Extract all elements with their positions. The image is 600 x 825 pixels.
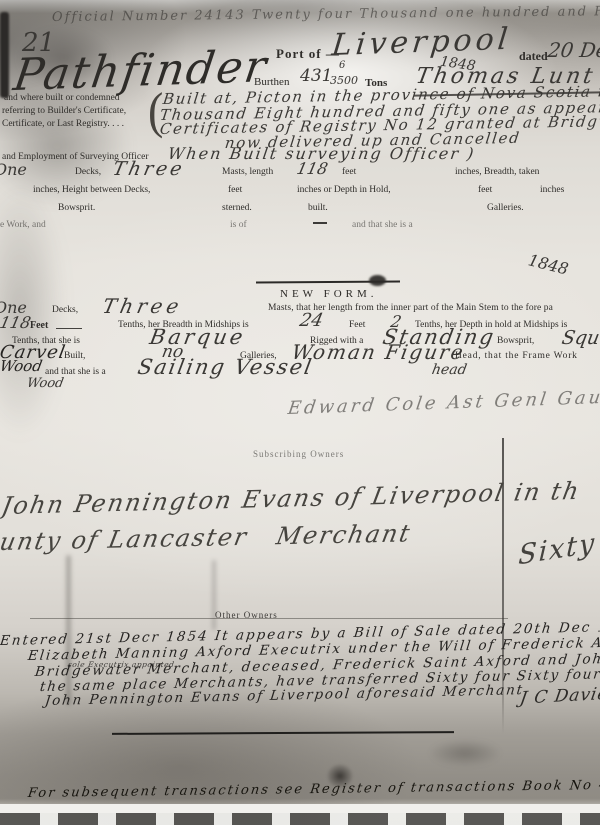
bowsprit-label: Bowsprit, xyxy=(497,336,534,346)
subscribing-owners-heading: Subscribing Owners xyxy=(253,449,344,459)
tenths-dash xyxy=(56,328,82,329)
old-breadth-label: inches, Breadth, taken xyxy=(455,167,539,177)
surveyor-signature: Edward Cole Ast Genl Gauger xyxy=(287,386,600,420)
burthen-fraction-denominator: 3500 xyxy=(330,74,358,87)
closing-line xyxy=(112,731,454,735)
feet-label-2: Feet xyxy=(349,320,365,330)
bottom-white-strip xyxy=(0,804,600,813)
frame-value: Wood xyxy=(0,357,44,375)
other-owners-heading: Other Owners xyxy=(215,610,278,620)
margin-label-last-registry: Certificate, or Last Registry. . . . xyxy=(2,119,124,129)
old-height-label: inches, Height between Decks, xyxy=(33,185,150,195)
old-feet-label-2: feet xyxy=(228,185,242,195)
small-dash xyxy=(313,222,327,224)
scanned-registry-document: Official Number 24143 Twenty four Thousa… xyxy=(0,0,600,825)
old-work-label: e Work, and xyxy=(0,220,46,230)
new-decks-label: Decks, xyxy=(52,305,78,315)
old-galleries-label: Galleries. xyxy=(487,203,524,213)
old-decks-label: Decks, xyxy=(75,167,101,177)
built-label: Built, xyxy=(64,351,85,361)
material-note: Wood xyxy=(26,376,65,391)
new-decks-value: Three xyxy=(100,294,185,318)
old-feet-label-1: feet xyxy=(342,167,356,177)
old-isof-label: is of xyxy=(230,220,247,230)
head-label: Head, that the Frame Work xyxy=(455,351,578,361)
vessel-value: Sailing Vessel xyxy=(136,355,315,379)
bowsprit-note: Squ xyxy=(560,327,600,349)
film-edge-dashes xyxy=(0,813,600,825)
old-masts-value: 118 xyxy=(295,159,330,178)
old-feet-label-3: feet xyxy=(478,185,492,195)
old-form-margin-one: One xyxy=(0,160,27,179)
old-inches-label: inches xyxy=(540,185,564,195)
feet-label: Feet xyxy=(30,320,48,331)
ink-blot xyxy=(369,275,386,286)
breadth-feet-value: 24 xyxy=(298,310,325,331)
old-sterned-label: sterned. xyxy=(222,203,252,213)
dated-value: 20 Dec xyxy=(546,38,600,62)
old-depth-label: inches or Depth in Hold, xyxy=(297,185,391,195)
old-masts-label: Masts, length xyxy=(222,167,273,177)
old-bowsprit-label: Bowsprit. xyxy=(58,203,95,213)
burthen-label: Burthen xyxy=(254,76,289,88)
scan-edge-streak xyxy=(0,12,9,98)
old-sheis-label: and that she is a xyxy=(352,220,413,230)
bottom-smudge xyxy=(430,740,500,766)
old-built-label: built. xyxy=(308,203,328,213)
shares-value: Sixty xyxy=(518,528,597,572)
margin-label-builder-cert: referring to Builder's Certificate, xyxy=(2,106,126,116)
burthen-value: 431 xyxy=(300,66,332,86)
dated-label: dated xyxy=(519,49,548,64)
official-number-line: Official Number 24143 Twenty four Thousa… xyxy=(52,4,600,25)
margin-label-built: and where built or condemned xyxy=(4,93,120,103)
newform-top-line xyxy=(256,280,400,283)
owner-line-1: John Pennington Evans of Liverpool in th xyxy=(0,477,583,520)
footer-note: For subsequent transactions see Register… xyxy=(27,778,600,801)
new-form-title: NEW FORM. xyxy=(280,288,378,300)
owner-line-2: unty of Lancaster Merchant xyxy=(0,519,414,556)
port-value: Liverpool xyxy=(330,22,513,63)
head-continued: head xyxy=(431,362,468,378)
length-feet-value: 118 xyxy=(0,313,33,332)
burthen-fraction-numerator: 6 xyxy=(339,60,345,71)
head-value: Woman Figure xyxy=(290,340,467,364)
clerk-signature: J C Davies xyxy=(518,683,600,708)
old-decks-value: Three xyxy=(111,158,187,180)
new-form-year-mark: 1848 xyxy=(526,250,570,278)
